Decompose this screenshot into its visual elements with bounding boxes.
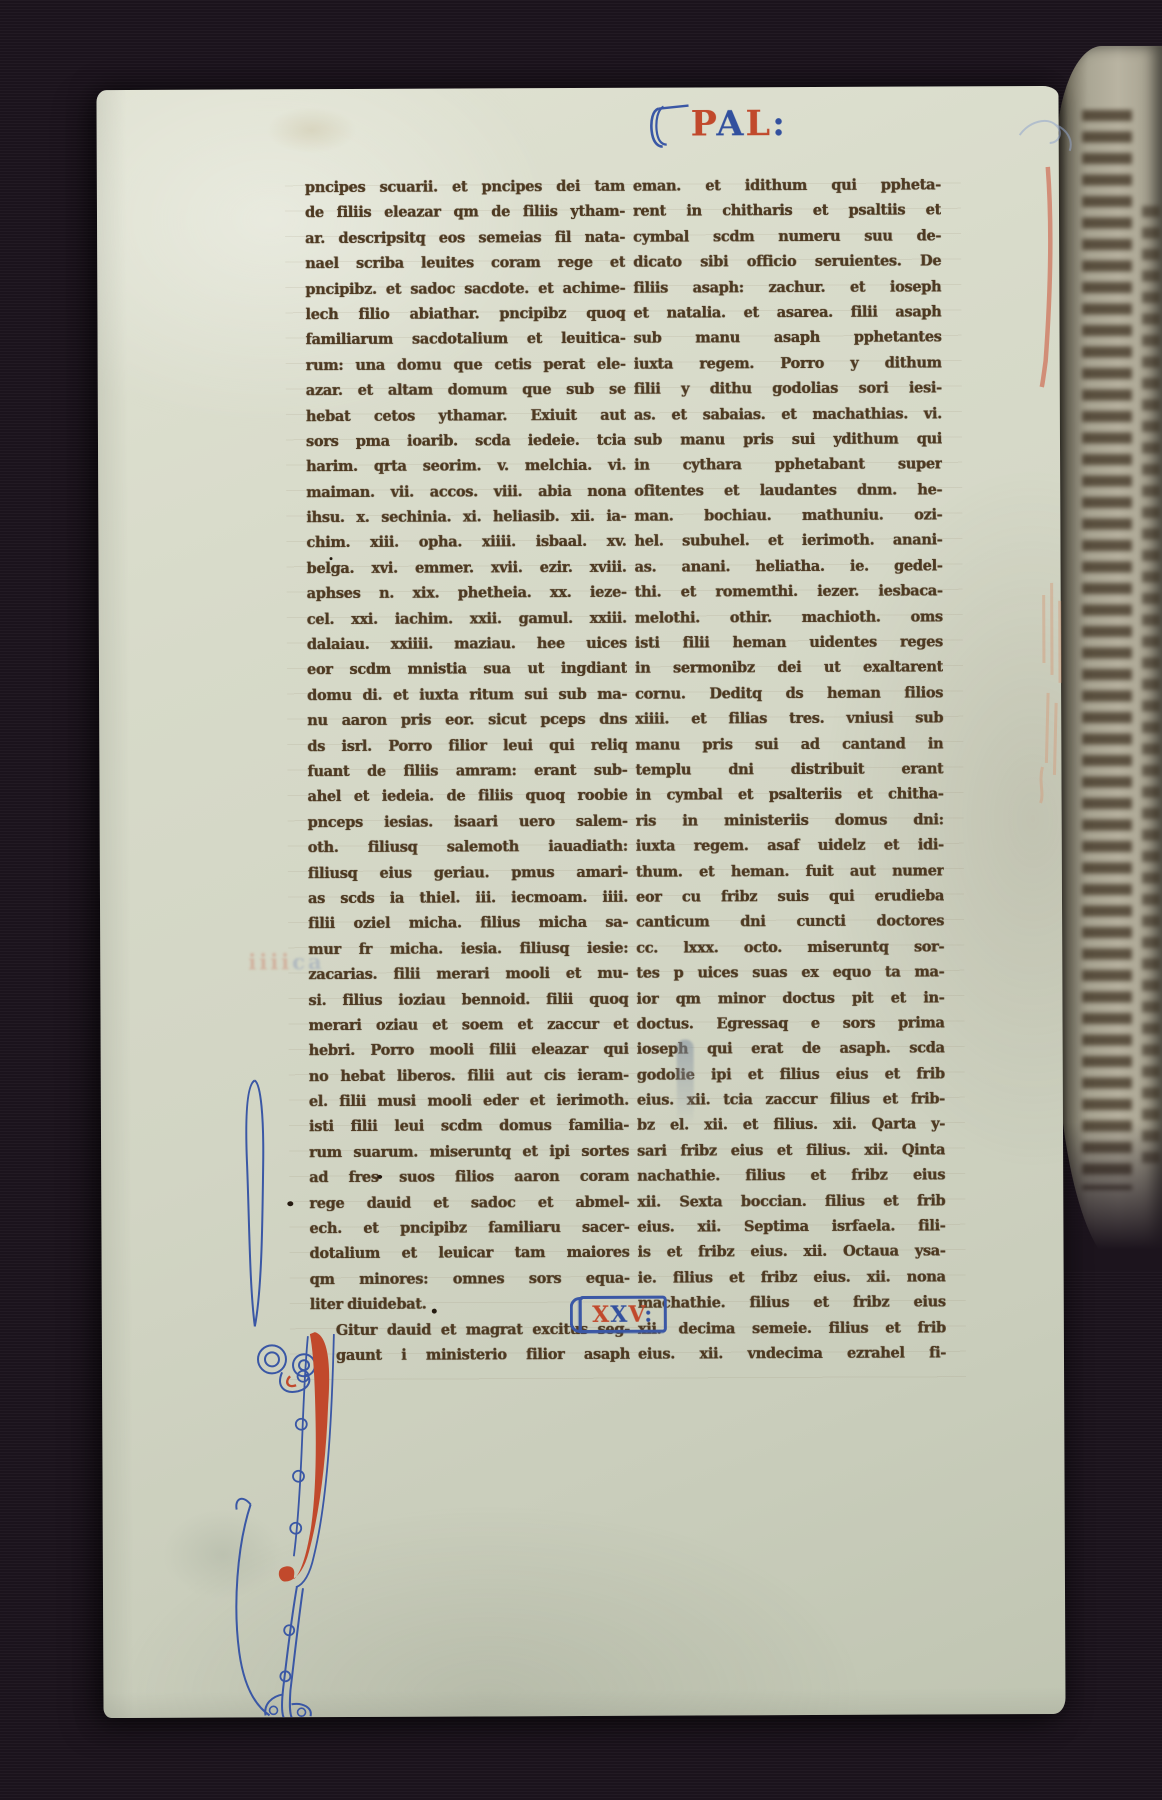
manuscript-text-line: in cymbal et psalteriis et chitha- bbox=[635, 782, 943, 809]
manuscript-text-line: de filiis eleazar qm de filiis ytham- bbox=[305, 199, 625, 226]
manuscript-text-line: cel. xxi. iachim. xxii. gamul. xxiii. bbox=[307, 605, 627, 632]
rubric-letter: iiii bbox=[248, 949, 292, 974]
manuscript-text-line: eius. xii. Septima isrfaela. fili- bbox=[637, 1213, 945, 1240]
rubric-letter: X bbox=[610, 1301, 628, 1327]
manuscript-text-line: eius. xii. vndecima ezrahel fi- bbox=[638, 1340, 946, 1367]
manuscript-text-line: is et fribz eius. xii. Octaua ysa- bbox=[637, 1239, 945, 1266]
running-title-letters: PAL: bbox=[691, 100, 788, 148]
manuscript-text-line: ahel et iedeia. de filiis quoq roobie bbox=[307, 783, 627, 810]
manuscript-text-line: filiis asaph: zachur. et ioseph bbox=[633, 274, 941, 301]
manuscript-text-line: cornu. Deditq ds heman filios bbox=[635, 680, 943, 707]
manuscript-text-line: sub manu pris sui ydithum qui bbox=[634, 426, 942, 453]
manuscript-text-line: eor cu fribz suis qui erudieba bbox=[636, 883, 944, 910]
manuscript-text-line: thum. et heman. fuit aut numer bbox=[636, 858, 944, 885]
facing-page-blurred-text-column bbox=[1082, 110, 1132, 1190]
manuscript-text-line: fuant de filiis amram: erant sub- bbox=[307, 758, 627, 785]
manuscript-text-line: thi. et romemthi. iezer. iesbaca- bbox=[635, 579, 943, 606]
manuscript-text-line: pncipes scuarii. et pncipes dei tam bbox=[305, 174, 625, 201]
manuscript-text-line: dicato sibi officio seruientes. De bbox=[633, 249, 941, 276]
chapter-number-rubric: XXV: bbox=[579, 1296, 667, 1333]
manuscript-text-line: maiman. vii. accos. viii. abia nona bbox=[306, 478, 626, 505]
manuscript-text-line: cymbal scdm numeru suu de- bbox=[633, 223, 941, 250]
manuscript-text-line: rent in chitharis et psaltiis et bbox=[633, 198, 941, 225]
manuscript-text-line: sari fribz eius et filius. xii. Qinta bbox=[637, 1137, 945, 1164]
rubric-letter: : bbox=[644, 1301, 653, 1327]
manuscript-text-line: ior qm minor doctus pit et in- bbox=[636, 985, 944, 1012]
manuscript-text-line: pncipibz. et sadoc sacdote. et achime- bbox=[305, 275, 625, 302]
ink-speck bbox=[432, 1309, 437, 1314]
parchment-stain bbox=[267, 107, 357, 153]
manuscript-text-line: aphses n. xix. phetheia. xx. ieze- bbox=[307, 580, 627, 607]
manuscript-text-line: et natalia. et asarea. filii asaph bbox=[633, 299, 941, 326]
rubric-letter: ca bbox=[292, 949, 325, 974]
rubric-letter: P bbox=[691, 103, 717, 144]
manuscript-text-line: mur fr micha. iesia. filiusq iesie: bbox=[308, 936, 628, 963]
faded-marginal-rubric: iiiica bbox=[248, 949, 324, 974]
ink-speck bbox=[329, 557, 332, 560]
manuscript-text-line: xii. Sexta boccian. filius et frib bbox=[637, 1188, 945, 1215]
manuscript-text-line: as. anani. heliatha. ie. gedel- bbox=[634, 553, 942, 580]
manuscript-text-line: filii y dithu godolias sori iesi- bbox=[634, 376, 942, 403]
rubric-letter: : bbox=[772, 103, 787, 144]
manuscript-text-line: ihsu. x. sechinia. xi. heliasib. xii. ia… bbox=[306, 504, 626, 531]
manuscript-text-line: as scds ia thiel. iii. iecmoam. iiii. bbox=[308, 885, 628, 912]
manuscript-text-line: nachathie. filius et fribz eius bbox=[637, 1163, 945, 1190]
manuscript-text-line: in cythara pphetabant super bbox=[634, 452, 942, 479]
manuscript-text-line: in sermonibz dei ut exaltarent bbox=[635, 655, 943, 682]
manuscript-text-line: filiusq eius geriau. pmus amari- bbox=[308, 859, 628, 886]
manuscript-text-line: iuxta regem. Porro y dithum bbox=[634, 350, 942, 377]
manuscript-text-line: familiarum sacdotalium et leuitica- bbox=[305, 326, 625, 353]
manuscript-text-line: ie. filius et fribz eius. xii. nona bbox=[638, 1264, 946, 1291]
manuscript-text-line: belga. xvi. emmer. xvii. ezir. xviii. bbox=[306, 555, 626, 582]
manuscript-text-line: templu dni distribuit erant bbox=[635, 756, 943, 783]
manuscript-text-line: xiiii. et filias tres. vniusi sub bbox=[635, 706, 943, 733]
manuscript-text-line: domu di. et iuxta ritum sui sub ma- bbox=[307, 682, 627, 709]
manuscript-text-line: eman. et idithum qui ppheta- bbox=[633, 172, 941, 199]
manuscript-text-line: pnceps iesias. isaari uero salem- bbox=[308, 809, 628, 836]
manuscript-text-line: merari oziau et soem et zaccur et bbox=[308, 1012, 628, 1039]
manuscript-text-line: sors pma ioarib. scda iedeie. tcia bbox=[306, 428, 626, 455]
manuscript-text-line: ris in ministeriis domus dni: bbox=[636, 807, 944, 834]
manuscript-text-line: man. bochiau. mathuniu. ozi- bbox=[634, 502, 942, 529]
manuscript-text-line: hebat cetos ythamar. Exiuit aut bbox=[306, 402, 626, 429]
manuscript-text-line: lech filio abiathar. pncipibz quoq bbox=[305, 301, 625, 328]
manuscript-text-line: oth. filiusq salemoth iauadiath: bbox=[308, 834, 628, 861]
marginal-penwork-red bbox=[1012, 103, 1085, 893]
facing-page-blurred-text-column bbox=[1142, 206, 1160, 1166]
rubric-letter: X bbox=[592, 1301, 610, 1327]
rubric-letter: A bbox=[716, 103, 745, 144]
manuscript-text-line: hebri. Porro mooli filii eleazar qui bbox=[309, 1037, 629, 1064]
chapter-number-letters: XXV: bbox=[592, 1301, 653, 1327]
manuscript-text-line: machathie. filius et fribz eius bbox=[638, 1290, 946, 1317]
manuscript-text-line: sub manu asaph pphetantes bbox=[633, 325, 941, 352]
manuscript-text-line: nu aaron pris eor. sicut pceps dns bbox=[307, 707, 627, 734]
manuscript-text-line: ofitentes et laudantes dnm. he- bbox=[634, 477, 942, 504]
rubric-letter: V bbox=[628, 1301, 644, 1327]
manuscript-text-line: filii oziel micha. filius micha sa- bbox=[308, 910, 628, 937]
manuscript-text-line: manu pris sui ad cantand in bbox=[635, 731, 943, 758]
parchment-page: PAL: pncipes scuarii. et pncipes dei tam… bbox=[96, 86, 1065, 1718]
manuscript-text-line: ds isrl. Porro filior leui qui reliq bbox=[307, 732, 627, 759]
manuscript-text-line: tes p uices suas ex equo ta ma- bbox=[636, 960, 944, 987]
manuscript-text-line: cc. lxxx. octo. miseruntq sor- bbox=[636, 934, 944, 961]
manuscript-text-line: canticum dni cuncti doctores bbox=[636, 909, 944, 936]
manuscript-text-line: zacarias. filii merari mooli et mu- bbox=[308, 961, 628, 988]
manuscript-text-line: melothi. othir. machioth. oms bbox=[635, 604, 943, 631]
manuscript-text-line: si. filius ioziau bennoid. filii quoq bbox=[308, 986, 628, 1013]
ink-speck bbox=[287, 1201, 293, 1206]
running-title: PAL: bbox=[644, 97, 787, 152]
intercolumn-smudge bbox=[677, 1040, 694, 1126]
header-penwork-bracket bbox=[644, 99, 690, 151]
manuscript-text-line: eor scdm mnistia sua ut ingdiant bbox=[307, 656, 627, 683]
manuscript-text-line: chim. xiii. opha. xiiii. isbaal. xv. bbox=[306, 529, 626, 556]
manuscript-text-line: ar. descripsitq eos semeias fil nata- bbox=[305, 225, 625, 252]
manuscript-text-line: harim. qrta seorim. v. melchia. vi. bbox=[306, 453, 626, 480]
rubric-letter: L bbox=[745, 103, 772, 144]
ink-speck bbox=[377, 1175, 382, 1179]
manuscript-text-line: isti filii heman uidentes reges bbox=[635, 629, 943, 656]
text-column-right: eman. et idithum qui ppheta-rent in chit… bbox=[633, 172, 946, 1367]
manuscript-text-line: rum: una domu que cetis perat ele- bbox=[306, 352, 626, 379]
manuscript-photo: PAL: pncipes scuarii. et pncipes dei tam… bbox=[0, 0, 1162, 1800]
manuscript-text-line: hel. subuhel. et ierimoth. anani- bbox=[634, 528, 942, 555]
manuscript-text-line: doctus. Egressaq e sors prima bbox=[636, 1010, 944, 1037]
manuscript-text-line: azar. et altam domum que sub se bbox=[306, 377, 626, 404]
manuscript-text-line: as. et sabaias. et machathias. vi. bbox=[634, 401, 942, 428]
manuscript-text-line: iuxta regem. asaf uidelz et idi- bbox=[636, 833, 944, 860]
manuscript-text-line: xii. decima semeie. filius et frib bbox=[638, 1315, 946, 1342]
penwork-initial-flourish bbox=[219, 1074, 457, 1718]
manuscript-text-line: dalaiau. xxiiii. maziau. hee uices bbox=[307, 631, 627, 658]
manuscript-text-line: nael scriba leuites coram rege et bbox=[305, 250, 625, 277]
